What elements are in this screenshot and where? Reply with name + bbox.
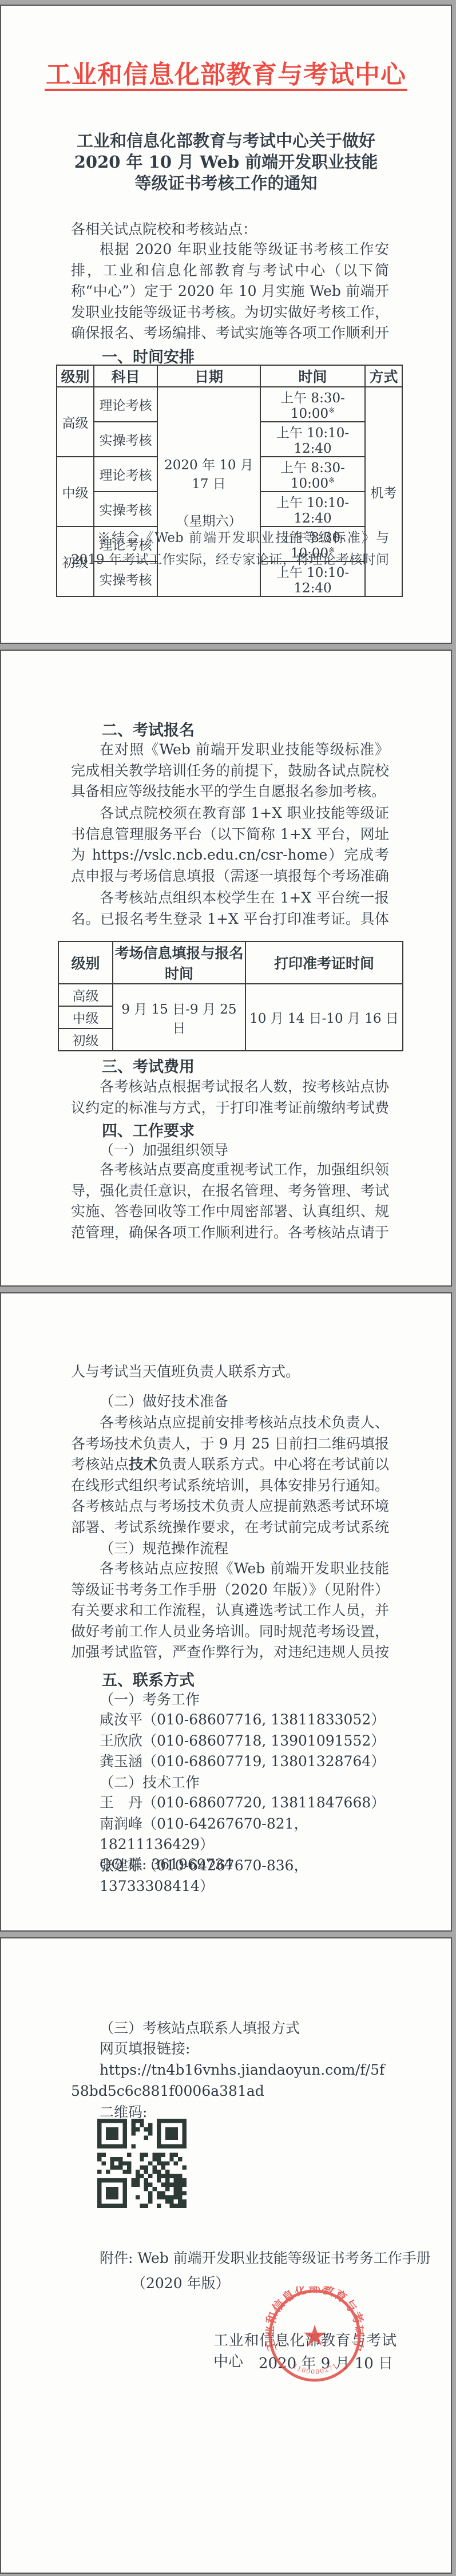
organization-paragraph-continued: 人与考试当天值班负责人联系方式。 xyxy=(71,1362,389,1383)
schedule-header-level: 级别 xyxy=(57,365,94,387)
section-1-heading: 一、时间安排 xyxy=(71,345,389,367)
page-3: 人与考试当天值班负责人联系方式。 （二）做好技术准备 各考核站点应提前安排考核站… xyxy=(0,1292,452,1932)
schedule-header-date: 日期 xyxy=(157,365,260,387)
contact-group-2-heading: （二）技术工作 xyxy=(71,1771,389,1792)
time-practice: 上午 10:10-12:40 xyxy=(260,422,365,457)
page-2: 二、考试报名 在对照《Web 前端开发职业技能等级标准》完成相关教学培训任务的前… xyxy=(0,650,452,1287)
subject-practice: 实操考核 xyxy=(94,492,157,527)
schedule-header-method: 方式 xyxy=(365,365,402,387)
technical-paragraph: 各考核站点应提前安排考核站点技术负责人、各考场技术负责人，于 9 月 25 日前… xyxy=(71,1412,389,1540)
subject-theory: 理论考核 xyxy=(94,457,157,492)
sub-heading-contact-submission: （三）考核站点联系人填报方式 xyxy=(71,2017,389,2037)
contact-line: 王 丹（010-68607720, 13811847668） xyxy=(71,1792,414,1814)
scanned-notice-document: 工业和信息化部教育与考试中心 工业和信息化部教育与考试中心关于做好 2020 年… xyxy=(0,0,456,2576)
level-beginner: 初级 xyxy=(58,1028,113,1051)
level-advanced: 高级 xyxy=(57,387,94,457)
attachment-line: 附件: Web 前端开发职业技能等级证书考务工作手册 xyxy=(71,2248,443,2269)
registration-header-window: 考场信息填报与报名时间 xyxy=(113,941,245,984)
level-intermediate: 中级 xyxy=(57,457,94,527)
registration-paragraph-3: 各考核站点组织本校学生在 1+X 平台统一报名。已报名考生登录 1+X 平台打印… xyxy=(71,888,389,931)
registration-paragraph-1: 在对照《Web 前端开发职业技能等级标准》完成相关教学培训任务的前提下，鼓励各试… xyxy=(71,739,389,804)
section-3-heading: 三、考试费用 xyxy=(71,1054,389,1077)
sub-heading-technical: （二）做好技术准备 xyxy=(71,1390,389,1411)
seal-star-icon: ★ xyxy=(302,2319,328,2352)
print-window-cell: 10 月 14 日-10 月 16 日 xyxy=(245,984,403,1051)
section-2-heading: 二、考试报名 xyxy=(71,718,389,740)
page-1: 工业和信息化部教育与考试中心 工业和信息化部教育与考试中心关于做好 2020 年… xyxy=(0,5,452,644)
section-5-heading: 五、联系方式 xyxy=(71,1668,389,1690)
salutation: 各相关试点院校和考核站点： xyxy=(71,219,389,240)
contact-group-1: 咸汝平（010-68607716, 13811833052） 王欣欣（010-6… xyxy=(71,1710,414,1772)
contact-line: 南润峰（010-64267670-821， 18211136429） xyxy=(71,1814,414,1855)
fee-paragraph: 各考核站点根据考试报名人数，按考核站点协议约定的标准与方式，于打印准考证前缴纳考… xyxy=(71,1077,389,1120)
web-form-link-url[interactable]: https://tn4b16vnhs.jiandaoyun.com/f/5f58… xyxy=(71,2060,389,2103)
sub-heading-organization: （一）加强组织领导 xyxy=(71,1139,389,1160)
intro-paragraph: 根据 2020 年职业技能等级证书考核工作安排，工业和信息化部教育与考试中心（以… xyxy=(71,239,389,346)
contact-group-1-heading: （一）考务工作 xyxy=(71,1688,389,1709)
notice-title: 工业和信息化部教育与考试中心关于做好 2020 年 10 月 Web 前端开发职… xyxy=(1,130,451,194)
sub-heading-procedure: （三）规范操作流程 xyxy=(71,1537,389,1558)
notice-title-line-1: 工业和信息化部教育与考试中心关于做好 xyxy=(1,130,451,152)
contact-group-2: 王 丹（010-68607720, 13811847668） 南润峰（010-6… xyxy=(71,1792,414,1897)
organization-paragraph: 各考核站点要高度重视考试工作，加强组织领导，强化责任意识，在报名管理、考务管理、… xyxy=(71,1160,389,1245)
page-4: （三）考核站点联系人填报方式 网页填报链接: https://tn4b16vnh… xyxy=(0,1937,452,2574)
registration-header-level: 级别 xyxy=(58,941,113,984)
attachment-line-2: （2020 年版） xyxy=(71,2273,450,2294)
qr-code xyxy=(97,2119,187,2208)
time-practice: 上午 10:10-12:40 xyxy=(260,492,365,527)
schedule-footnote: ※结合《Web 前端开发职业技能等级标准》与 2019 年考试工作实际，经专家论… xyxy=(71,527,389,573)
contact-line: 咸汝平（010-68607716, 13811833052） xyxy=(71,1710,414,1731)
level-intermediate: 中级 xyxy=(58,1006,113,1028)
schedule-header-time: 时间 xyxy=(260,365,365,387)
subject-practice: 实操考核 xyxy=(94,422,157,457)
subject-theory: 理论考核 xyxy=(94,387,157,422)
contact-line: 龚玉涵（010-68607719, 13801328764） xyxy=(71,1751,414,1772)
registration-header-print: 打印准考证时间 xyxy=(245,941,403,984)
web-form-link-label: 网页填报链接: xyxy=(71,2039,418,2060)
table-row: 高级 9 月 15 日-9 月 25 日 10 月 14 日-10 月 16 日 xyxy=(58,984,403,1006)
notice-title-line-2: 2020 年 10 月 Web 前端开发职业技能 xyxy=(1,152,451,173)
letterhead-org-title: 工业和信息化部教育与考试中心 xyxy=(1,54,451,90)
schedule-header-subject: 科目 xyxy=(94,365,157,387)
level-advanced: 高级 xyxy=(58,984,113,1006)
registration-paragraph-2: 各试点院校须在教育部 1+X 职业技能等级证书信息管理服务平台（以下简称 1+X… xyxy=(71,803,389,888)
section-4-heading: 四、工作要求 xyxy=(71,1118,389,1141)
time-theory: 上午 8:30-10:00※ xyxy=(260,387,365,422)
contact-line: 王欣欣（010-68607718, 13901091552） xyxy=(71,1731,414,1752)
letterhead-divider-rule xyxy=(45,89,407,91)
time-theory: 上午 8:30-10:00※ xyxy=(260,457,365,492)
registration-window-cell: 9 月 15 日-9 月 25 日 xyxy=(113,984,245,1051)
table-row: 高级 理论考核 2020 年 10 月 17 日 （星期六） 上午 8:30-1… xyxy=(57,387,402,422)
qq-group-line: QQ 群: 361969734 xyxy=(71,1854,418,1875)
procedure-paragraph: 各考核站点应按照《Web 前端开发职业技能等级证书考务工作手册（2020 年版）… xyxy=(71,1558,389,1665)
registration-window-table: 级别 考场信息填报与报名时间 打印准考证时间 高级 9 月 15 日-9 月 2… xyxy=(58,941,403,1051)
official-seal: 工业和信息化部教育与考试中心 ★ 1100000271685 xyxy=(265,2286,364,2385)
notice-title-line-3: 等级证书考核工作的通知 xyxy=(1,173,451,194)
